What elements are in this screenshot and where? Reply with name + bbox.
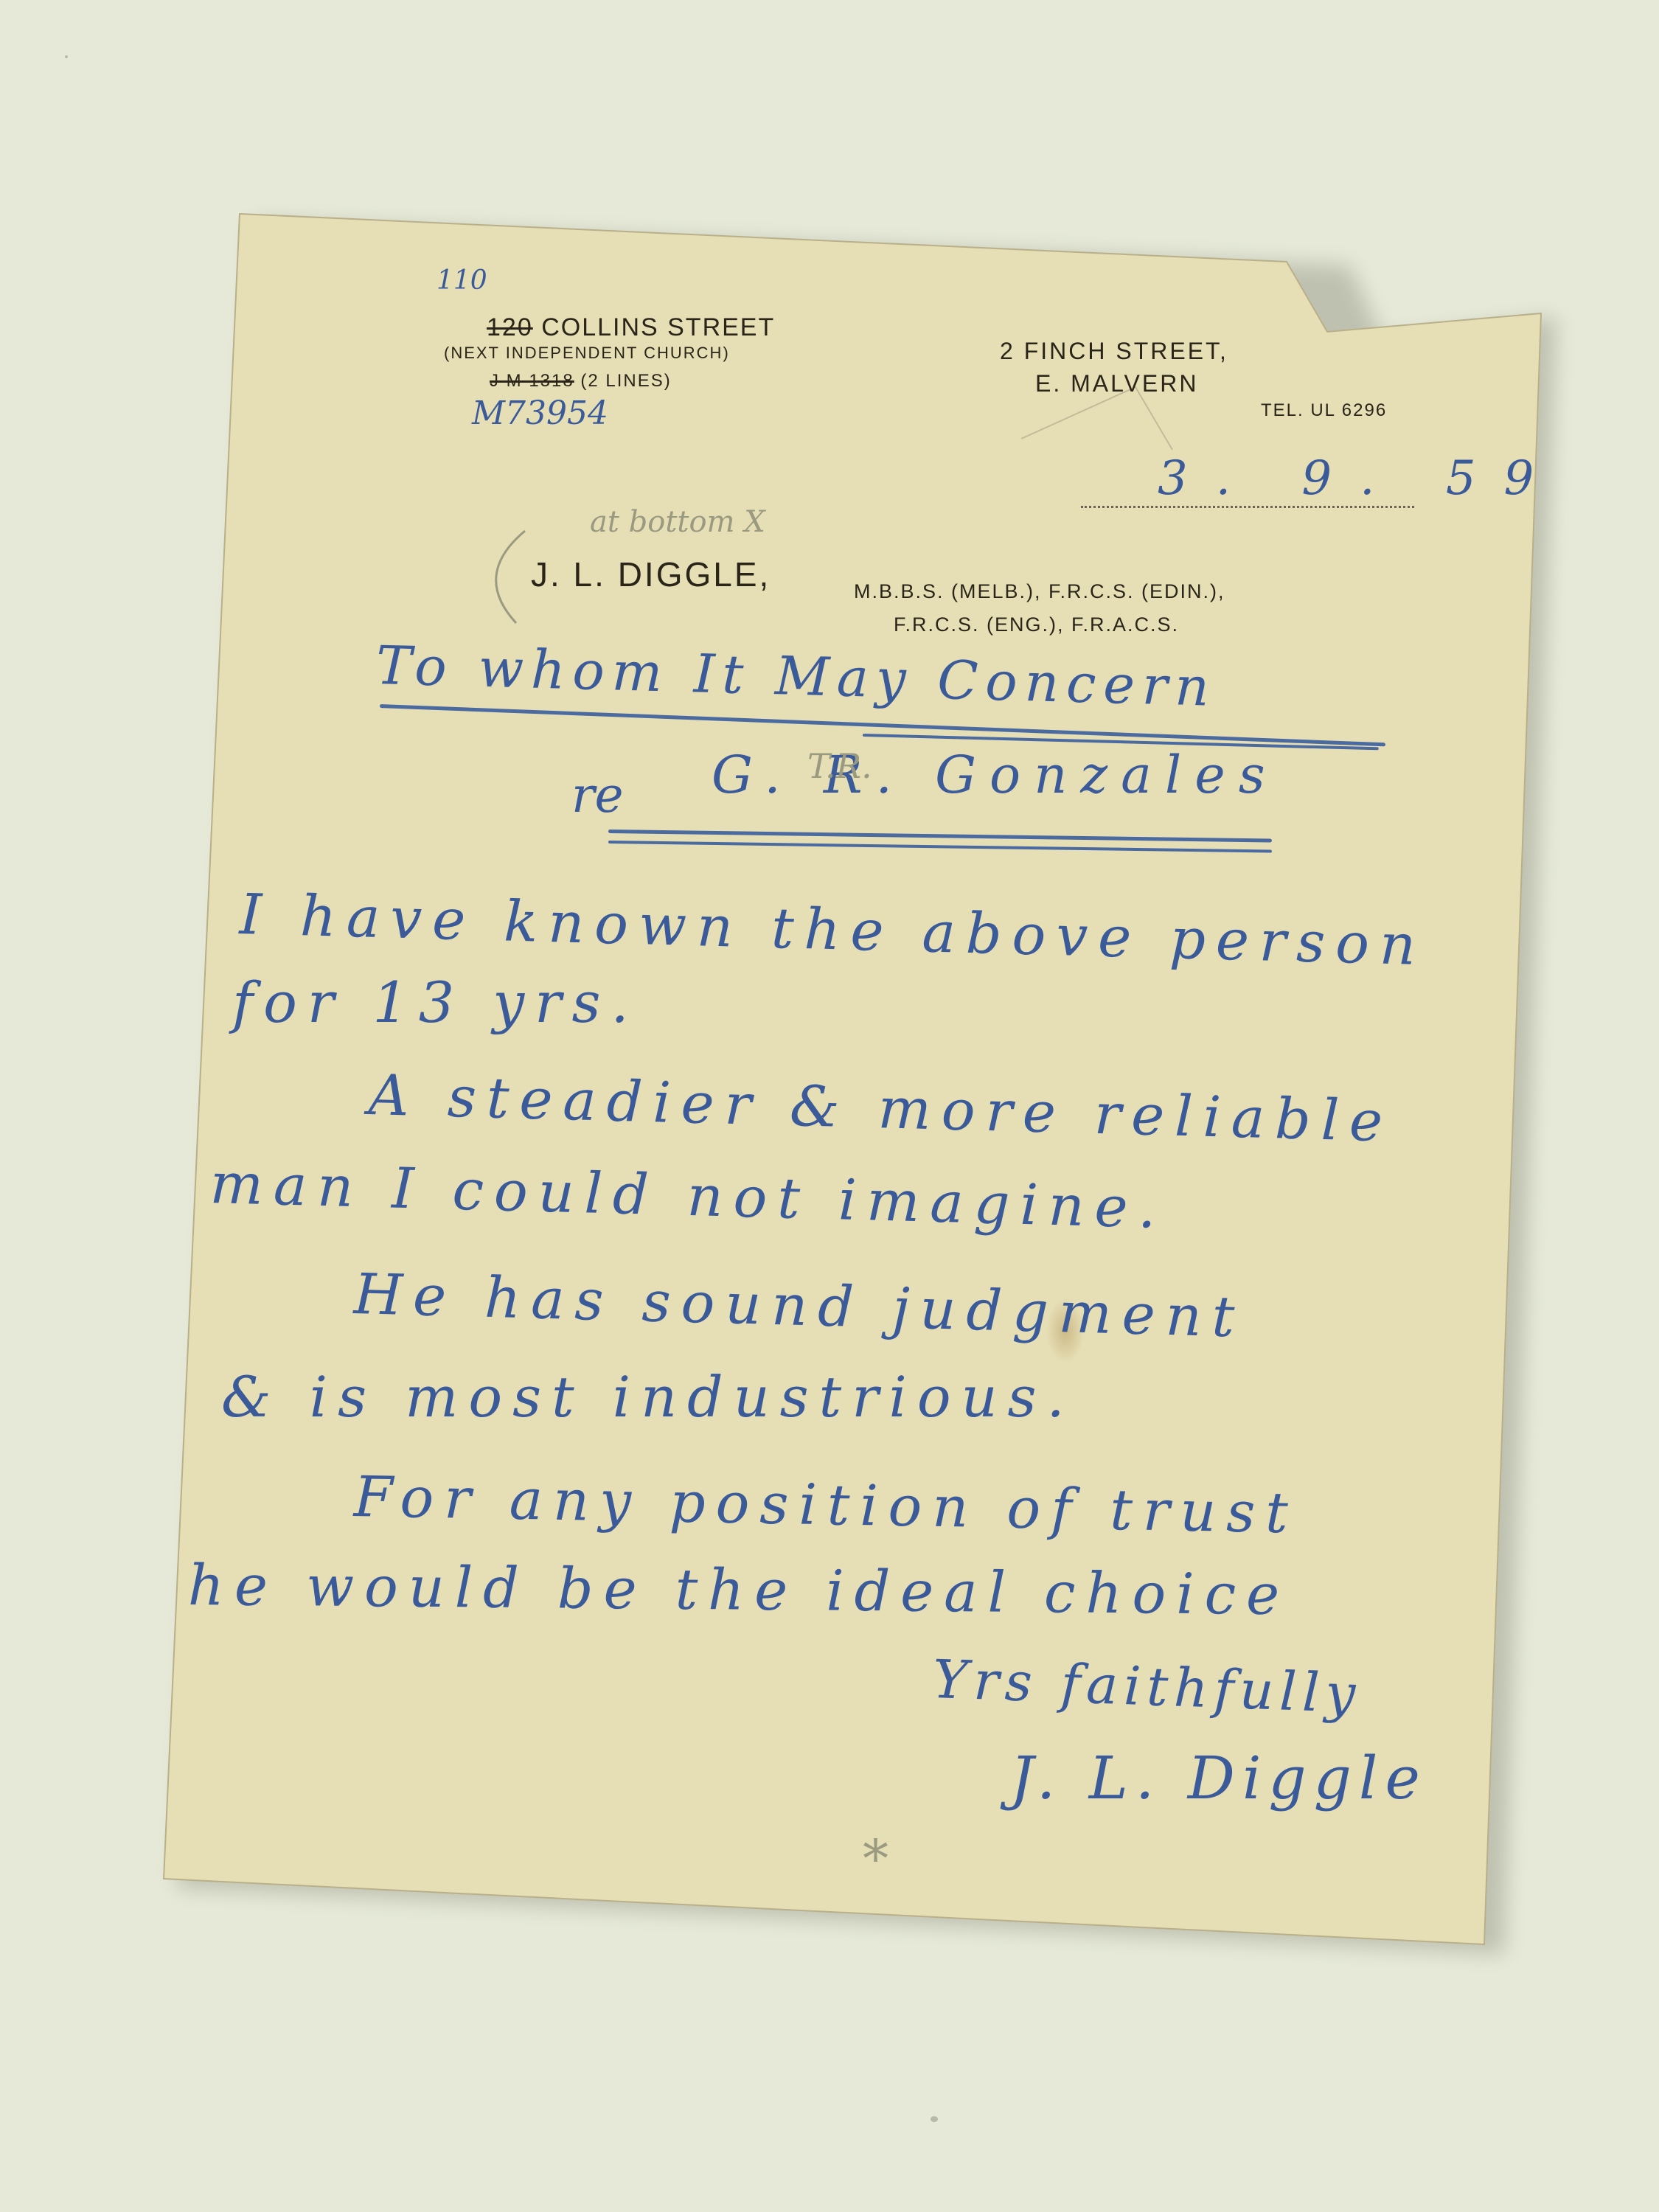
letter-date: 3. 9. 59 [1158,451,1562,506]
letterhead-phone: J M 1318 (2 LINES) [490,371,672,392]
signature: J. L. Diggle [1010,1744,1427,1812]
street-name: COLLINS STREET [541,313,775,341]
background-speck [931,2116,938,2122]
doctor-name: J. L. DIGGLE, [531,554,771,594]
asterisk-mark-icon: * [863,1829,888,1889]
body-line-6: & is most industrious. [221,1364,1075,1430]
body-line-2: for 13 yrs. [232,970,639,1035]
struck-phone: J M 1318 [490,371,574,391]
handwritten-phone: M73954 [472,394,608,432]
handwritten-street-number: 110 [437,265,487,296]
address-line1: 2 FINCH STREET, [1000,338,1228,365]
struck-street-number: 120 [487,313,533,341]
date-dotted-line [1081,506,1414,508]
subject-prefix: re [571,767,624,824]
qualifications-line1: M.B.B.S. (MELB.), F.R.C.S. (EDIN.), [854,580,1225,603]
background-speck [65,55,68,58]
phone-lines: (2 LINES) [580,371,671,391]
telephone: TEL. UL 6296 [1261,400,1387,421]
letterhead-church-note: (NEXT INDEPENDENT CHURCH) [444,344,730,363]
address-line2: E. MALVERN [1035,370,1198,397]
pencil-note: at bottom X [590,505,765,539]
qualifications-line2: F.R.C.S. (ENG.), F.R.A.C.S. [894,613,1179,636]
subject-name: G. R. Gonzales [712,745,1279,805]
body-line-8: he would be the ideal choice [188,1552,1290,1627]
letterhead-street: 120 COLLINS STREET [487,313,775,342]
subject-pencil-initials: T.R. [807,746,872,786]
